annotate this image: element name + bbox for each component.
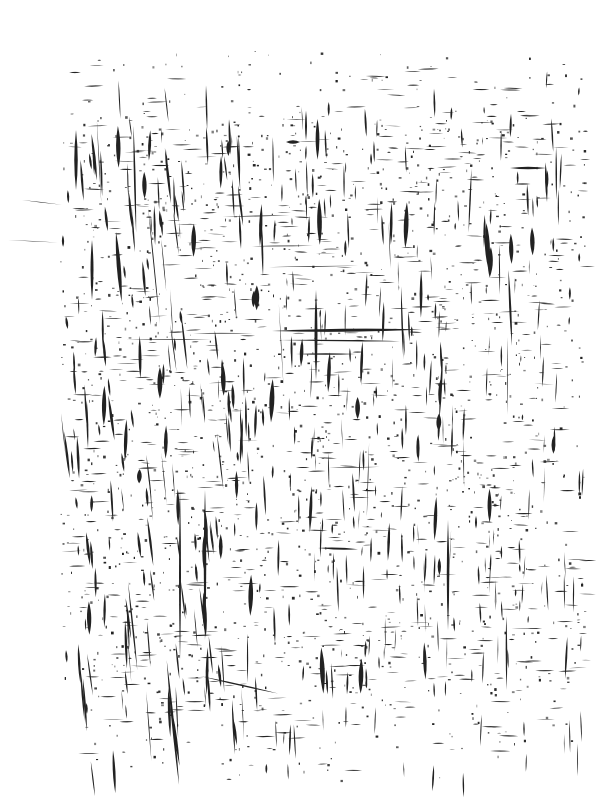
- scratch-texture-canvas: [0, 0, 598, 800]
- grunge-texture: Grunge distressed scratch texture: [0, 0, 598, 800]
